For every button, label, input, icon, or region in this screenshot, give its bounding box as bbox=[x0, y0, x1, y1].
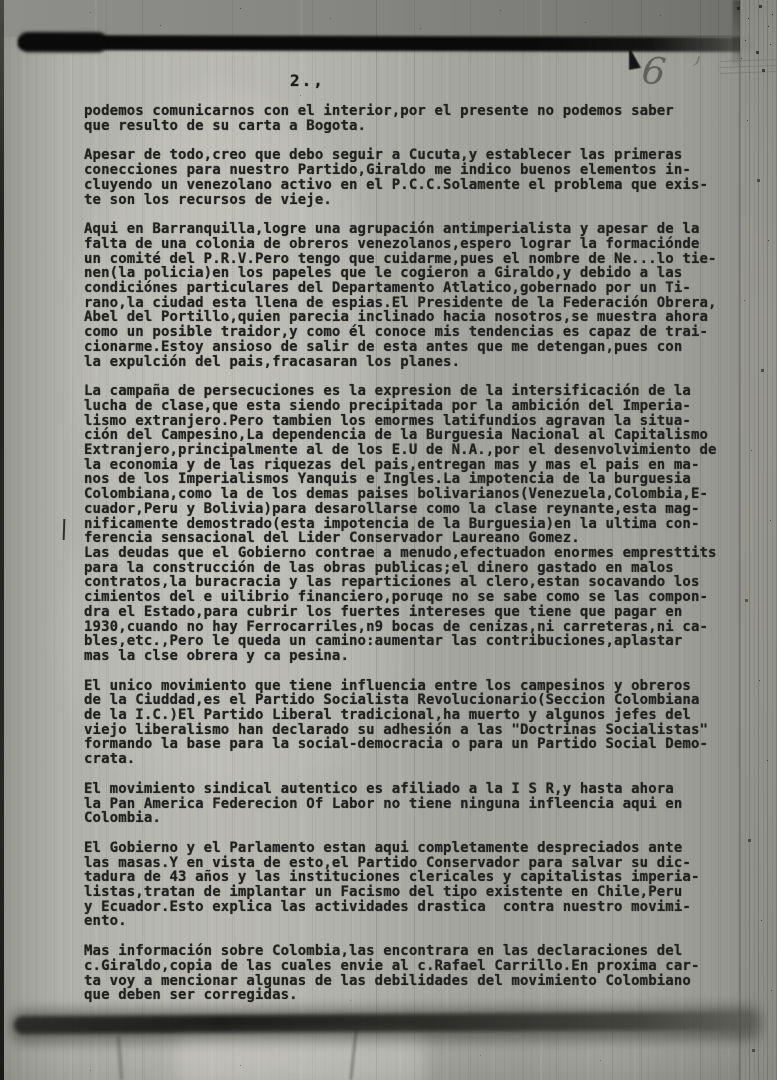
film-speckles bbox=[0, 0, 1, 1]
paragraph-5: El unico movimiento que tiene influencia… bbox=[84, 679, 748, 767]
handwritten-page-number: 6 bbox=[639, 49, 668, 95]
pencil-tick-mark bbox=[687, 54, 700, 67]
paragraph-8: Mas información sobre Colombia,las encon… bbox=[84, 944, 748, 1003]
paragraph-2: Apesar de todo,creo que debo seguir a Cu… bbox=[84, 148, 748, 207]
page-number: 2., bbox=[290, 71, 325, 90]
scanned-document-page: 2., 6 podemos comunicarnos con el interi… bbox=[0, 0, 777, 1080]
film-left-edge bbox=[0, 0, 4, 1080]
margin-pen-mark bbox=[63, 519, 66, 540]
paragraph-6: El movimiento sindical autentico es afil… bbox=[84, 782, 748, 826]
paragraph-4: La campaña de persecuciones es la expres… bbox=[84, 384, 748, 663]
letter-body: podemos comunicarnos con el interior,por… bbox=[84, 104, 748, 1018]
paragraph-3: Aqui en Barranquilla,logre una agrupació… bbox=[84, 222, 748, 369]
pencil-ruled-lines bbox=[720, 59, 777, 81]
paper-tone-patch bbox=[175, 1038, 425, 1080]
paragraph-1: podemos comunicarnos con el interior,por… bbox=[84, 104, 748, 133]
film-top-strip bbox=[0, 0, 777, 37]
paragraph-7: El Gobierno y el Parlamento estan aqui c… bbox=[84, 841, 748, 929]
